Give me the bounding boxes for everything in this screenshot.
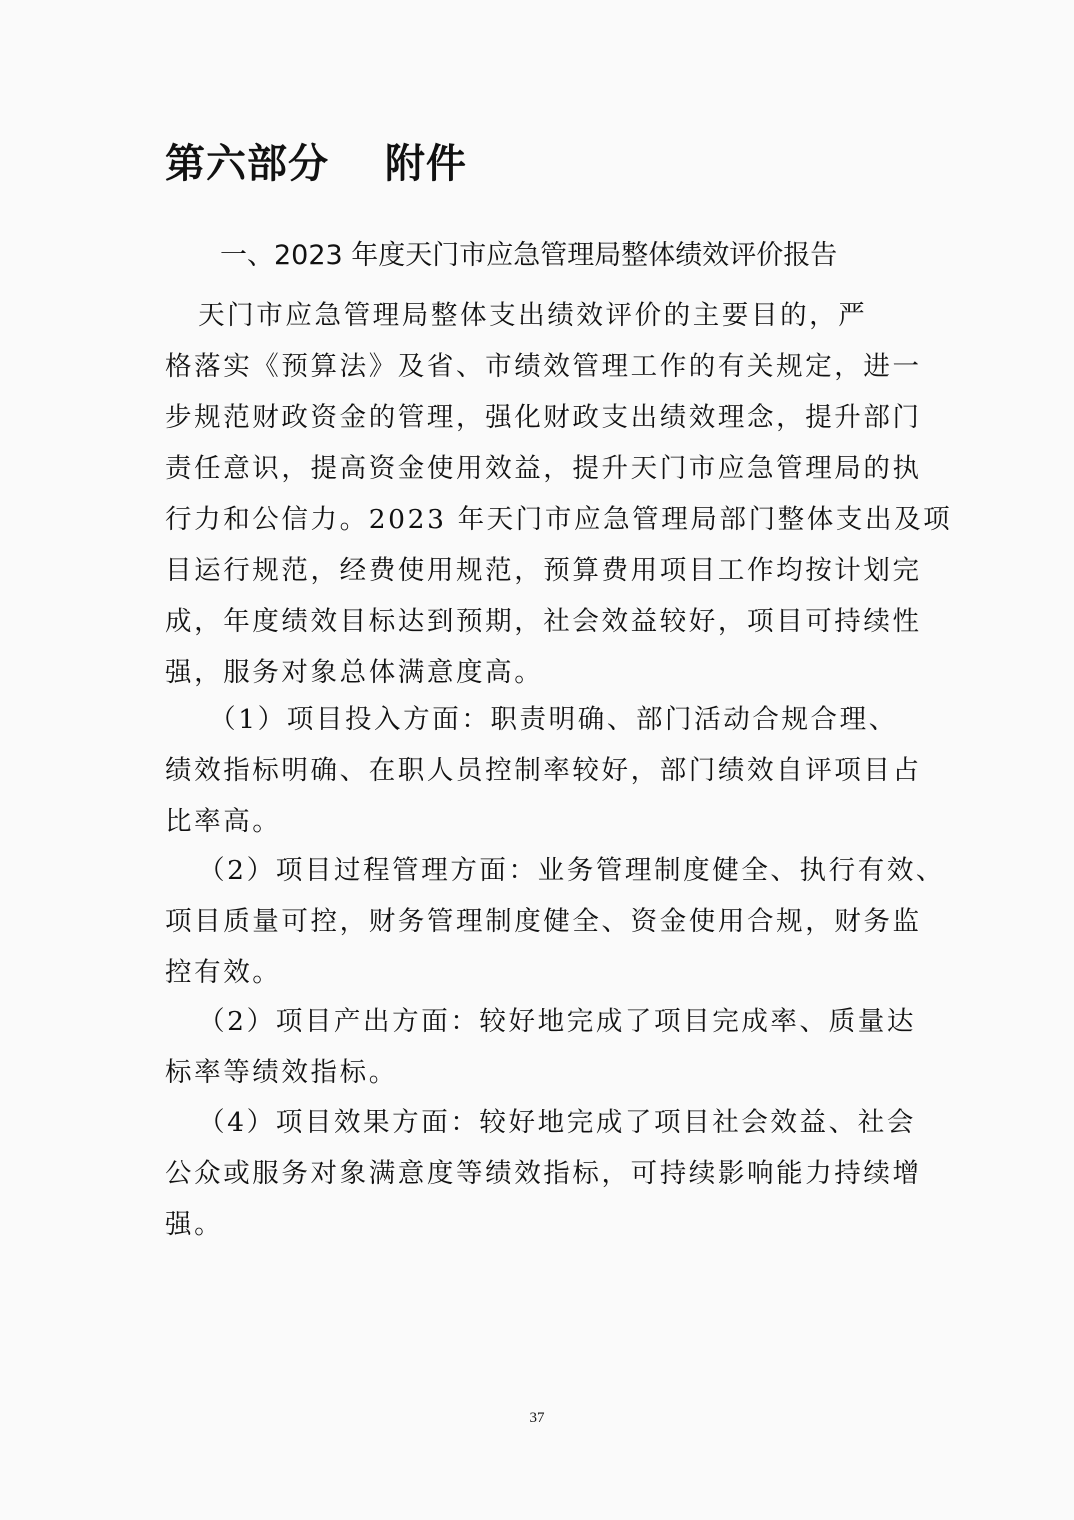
section-title: 一、2023 年度天门市应急管理局整体绩效评价报告	[220, 236, 837, 276]
text-line: 强。	[165, 1199, 925, 1250]
text-line: （4）项目效果方面：较好地完成了项目社会效益、社会	[165, 1097, 925, 1148]
text-line: 控有效。	[165, 947, 925, 998]
part-title: 第六部分 附件	[165, 138, 467, 190]
text-line: 行力和公信力。2023 年天门市应急管理局部门整体支出及项	[165, 494, 925, 545]
text-line: 强，服务对象总体满意度高。	[165, 647, 925, 698]
text-line: （1）项目投入方面：职责明确、部门活动合规合理、	[165, 694, 925, 745]
paragraph-summary: 天门市应急管理局整体支出绩效评价的主要目的，严 格落实《预算法》及省、市绩效管理…	[165, 290, 925, 698]
text-line: 天门市应急管理局整体支出绩效评价的主要目的，严	[165, 290, 925, 341]
text-line: 格落实《预算法》及省、市绩效管理工作的有关规定，进一	[165, 341, 925, 392]
text-line: 目运行规范，经费使用规范，预算费用项目工作均按计划完	[165, 545, 925, 596]
paragraph-project-output: （2）项目产出方面：较好地完成了项目完成率、质量达 标率等绩效指标。	[165, 996, 925, 1098]
text-line: 标率等绩效指标。	[165, 1047, 925, 1098]
text-line: （2）项目产出方面：较好地完成了项目完成率、质量达	[165, 996, 925, 1047]
text-line: 步规范财政资金的管理，强化财政支出绩效理念，提升部门	[165, 392, 925, 443]
text-line: （2）项目过程管理方面：业务管理制度健全、执行有效、	[165, 845, 925, 896]
paragraph-process-management: （2）项目过程管理方面：业务管理制度健全、执行有效、 项目质量可控，财务管理制度…	[165, 845, 925, 998]
paragraph-project-input: （1）项目投入方面：职责明确、部门活动合规合理、 绩效指标明确、在职人员控制率较…	[165, 694, 925, 847]
text-line: 比率高。	[165, 796, 925, 847]
text-line: 绩效指标明确、在职人员控制率较好，部门绩效自评项目占	[165, 745, 925, 796]
page-number: 37	[0, 1410, 1074, 1427]
text-line: 责任意识，提高资金使用效益，提升天门市应急管理局的执	[165, 443, 925, 494]
document-page: 第六部分 附件 一、2023 年度天门市应急管理局整体绩效评价报告 天门市应急管…	[0, 0, 1074, 1520]
text-line: 成，年度绩效目标达到预期，社会效益较好，项目可持续性	[165, 596, 925, 647]
text-line: 项目质量可控，财务管理制度健全、资金使用合规，财务监	[165, 896, 925, 947]
paragraph-project-effect: （4）项目效果方面：较好地完成了项目社会效益、社会 公众或服务对象满意度等绩效指…	[165, 1097, 925, 1250]
text-line: 公众或服务对象满意度等绩效指标，可持续影响能力持续增	[165, 1148, 925, 1199]
